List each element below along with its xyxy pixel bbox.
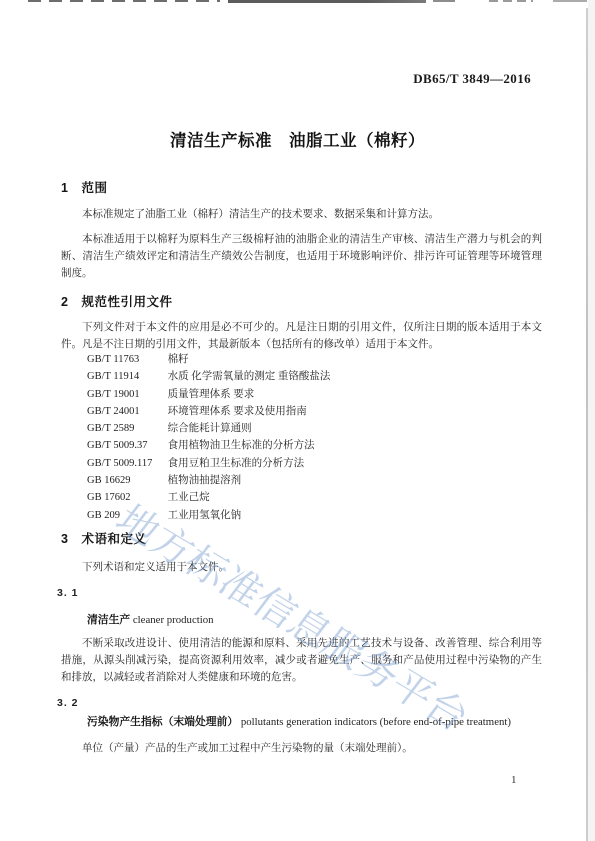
reference-item: GB 16629 植物油抽提溶剂: [87, 472, 542, 489]
scan-artifact-top-dash-2: [228, 0, 426, 3]
term-number-3-1: 3. 1: [57, 587, 79, 599]
reference-title: 水质 化学需氧量的测定 重铬酸盐法: [168, 371, 331, 382]
reference-title: 环境管理体系 要求及使用指南: [168, 406, 307, 417]
reference-code: GB 16629: [87, 472, 165, 489]
scan-artifact-top-dash-5: [553, 0, 587, 2]
document-title: 清洁生产标准 油脂工业（棉籽）: [0, 127, 595, 151]
reference-item: GB/T 24001 环境管理体系 要求及使用指南: [87, 403, 542, 420]
term-zh-3-2: 污染物产生指标（末端处理前）: [87, 716, 238, 728]
page-number: 1: [511, 774, 517, 786]
reference-item: GB/T 11763 棉籽: [87, 351, 542, 368]
reference-title: 食用植物油卫生标准的分析方法: [168, 440, 315, 451]
reference-item: GB/T 11914 水质 化学需氧量的测定 重铬酸盐法: [87, 368, 542, 385]
reference-item: GB/T 5009.117 食用豆粕卫生标准的分析方法: [87, 455, 542, 472]
term-en-3-2: pollutants generation indicators (before…: [241, 716, 511, 728]
term-zh-3-1: 清洁生产: [87, 614, 130, 626]
standard-code: DB65/T 3849—2016: [413, 71, 531, 87]
term-definition-3-1: 不断采取改进设计、使用清洁的能源和原料、采用先进的工艺技术与设备、改善管理、综合…: [61, 635, 542, 686]
scope-paragraph-2: 本标准适用于以棉籽为原料生产三级棉籽油的油脂企业的清洁生产审核、清洁生产潜力与机…: [61, 231, 542, 282]
reference-title: 工业己烷: [168, 492, 210, 503]
term-entry-3-2: 污染物产生指标（末端处理前） pollutants generation ind…: [87, 715, 542, 730]
scan-artifact-top-dash-1: [28, 0, 220, 2]
reference-item: GB/T 5009.37 食用植物油卫生标准的分析方法: [87, 437, 542, 454]
reference-title: 棉籽: [168, 354, 189, 365]
reference-title: 植物油抽提溶剂: [168, 475, 242, 486]
term-entry-3-1: 清洁生产 cleaner production: [87, 613, 542, 628]
reference-code: GB/T 11914: [87, 368, 165, 385]
term-en-3-1: cleaner production: [133, 614, 214, 626]
scan-artifact-top-dash-3: [433, 0, 455, 2]
term-number-3-2: 3. 2: [57, 697, 79, 709]
scan-artifact-top-dash-4: [489, 0, 533, 2]
reference-code: GB/T 5009.37: [87, 437, 165, 454]
reference-title: 食用豆粕卫生标准的分析方法: [168, 458, 305, 469]
reference-title: 综合能耗计算通则: [168, 423, 252, 434]
reference-item: GB/T 19001 质量管理体系 要求: [87, 386, 542, 403]
reference-code: GB/T 19001: [87, 386, 165, 403]
references-intro: 下列文件对于本文件的应用是必不可少的。凡是注日期的引用文件，仅所注日期的版本适用…: [61, 319, 542, 353]
section-heading-scope: 1 范围: [61, 178, 107, 196]
section-heading-terms: 3 术语和定义: [61, 529, 146, 547]
reference-item: GB 209 工业用氢氧化钠: [87, 507, 542, 524]
scope-paragraph-1: 本标准规定了油脂工业（棉籽）清洁生产的技术要求、数据采集和计算方法。: [61, 206, 542, 223]
reference-code: GB 209: [87, 507, 165, 524]
reference-code: GB/T 2589: [87, 420, 165, 437]
term-definition-3-2: 单位（产量）产品的生产或加工过程中产生污染物的量（末端处理前）。: [61, 740, 542, 757]
references-list: GB/T 11763 棉籽 GB/T 11914 水质 化学需氧量的测定 重铬酸…: [87, 351, 542, 524]
reference-code: GB/T 24001: [87, 403, 165, 420]
reference-code: GB 17602: [87, 489, 165, 506]
reference-title: 工业用氢氧化钠: [168, 510, 242, 521]
section-heading-references: 2 规范性引用文件: [61, 292, 172, 310]
reference-title: 质量管理体系 要求: [168, 389, 255, 400]
reference-item: GB/T 2589 综合能耗计算通则: [87, 420, 542, 437]
reference-item: GB 17602 工业己烷: [87, 489, 542, 506]
reference-code: GB/T 5009.117: [87, 455, 165, 472]
reference-code: GB/T 11763: [87, 351, 165, 368]
terms-intro: 下列术语和定义适用于本文件。: [61, 559, 542, 576]
